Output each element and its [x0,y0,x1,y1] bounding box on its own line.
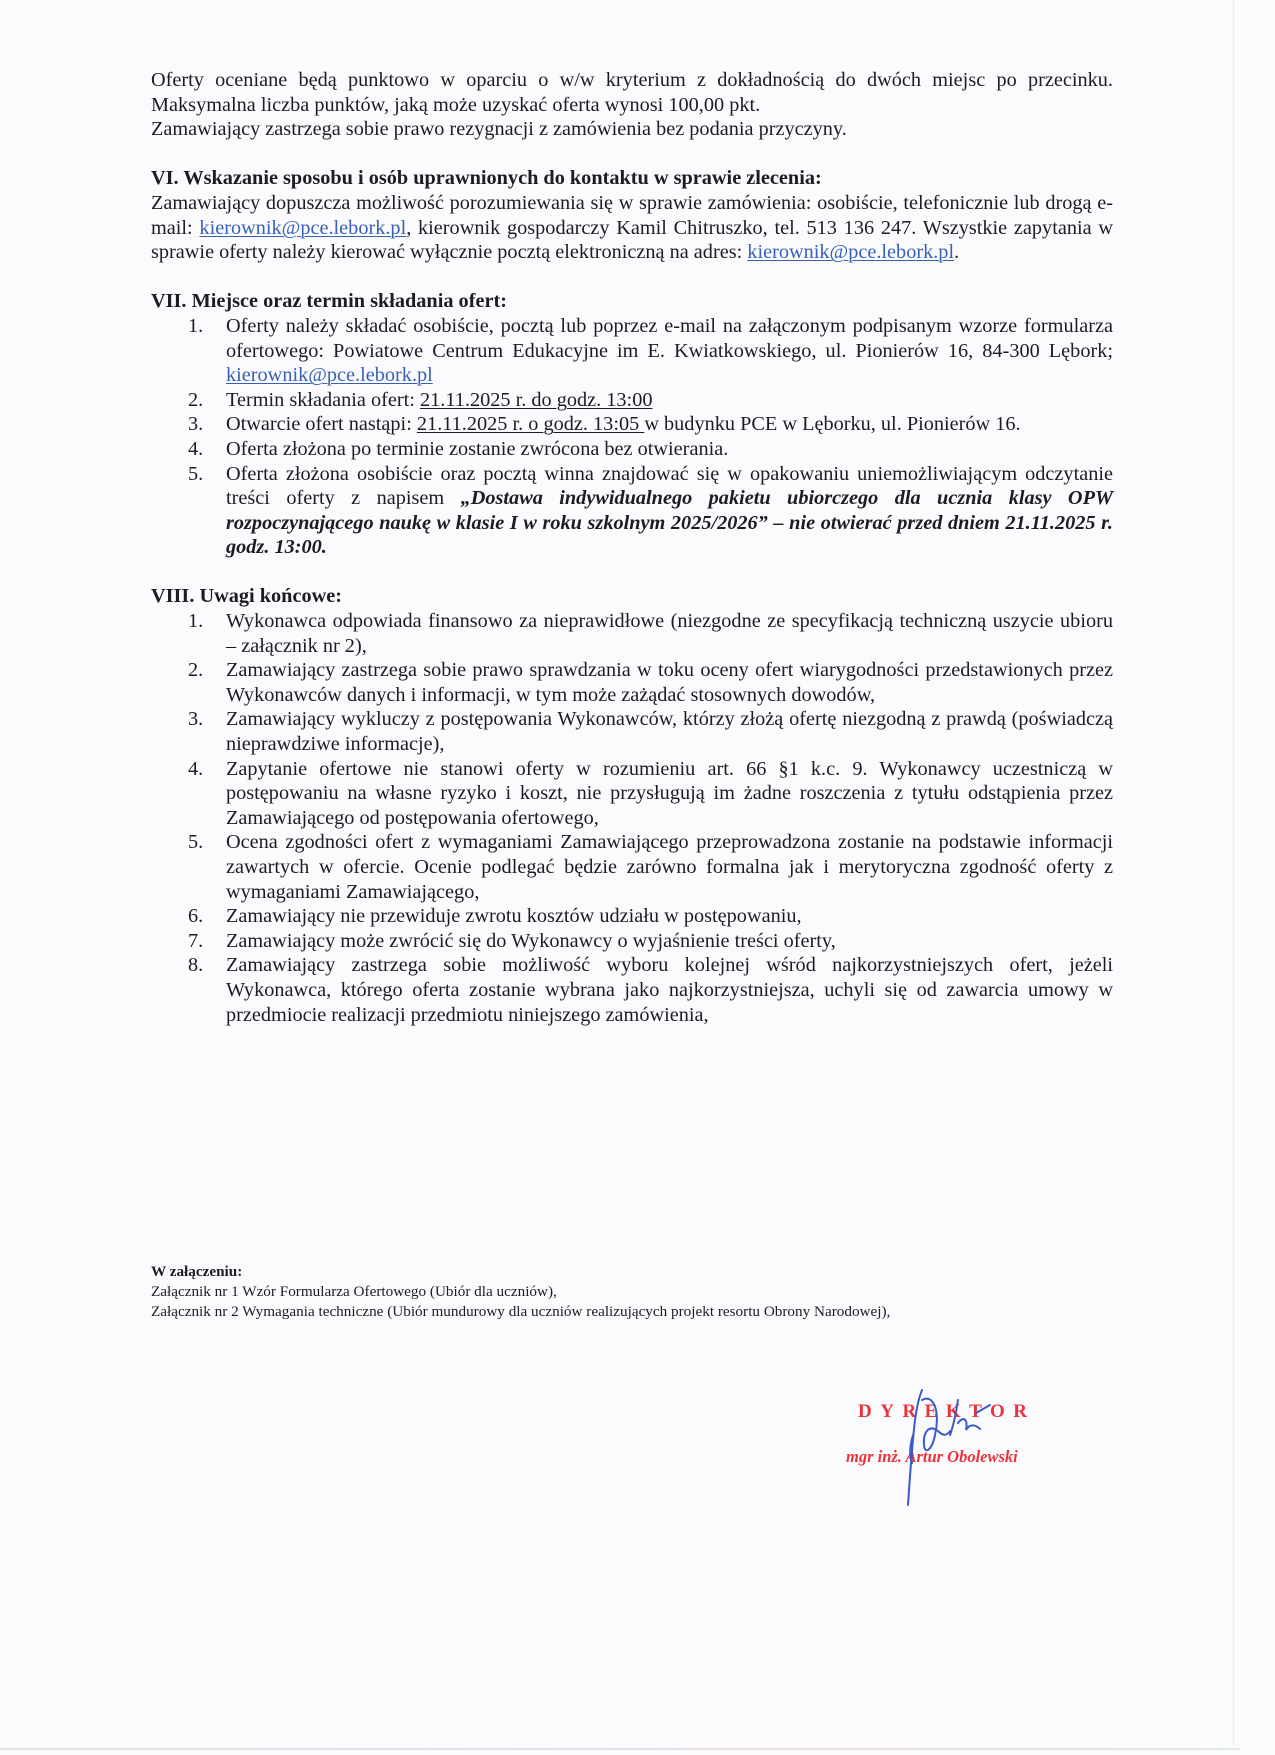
submission-email-link[interactable]: kierownik@pce.lebork.pl [226,364,433,386]
document-body: Oferty oceniane będą punktowo w oparciu … [151,68,1113,1027]
list-item: 8.Zamawiający zastrzega sobie możliwość … [151,953,1113,1027]
list-item: 7.Zamawiający może zwrócić się do Wykona… [151,929,1113,954]
submission-deadline: 21.11.2025 r. do godz. 13:00 [420,389,652,411]
contact-email-link[interactable]: kierownik@pce.lebork.pl [199,217,406,239]
list-item: 4.Zapytanie ofertowe nie stanowi oferty … [151,757,1113,831]
attachments-heading: W załączeniu: [151,1262,1151,1282]
attachments-section: W załączeniu: Załącznik nr 1 Wzór Formul… [151,1262,1151,1322]
section-7-heading: VII. Miejsce oraz termin składania ofert… [151,289,1113,314]
list-item: 2.Zamawiający zastrzega sobie prawo spra… [151,658,1113,707]
section-8-heading: VIII. Uwagi końcowe: [151,584,1113,609]
attachment-item: Załącznik nr 2 Wymagania techniczne (Ubi… [151,1302,1151,1322]
list-item: 3.Zamawiający wykluczy z postępowania Wy… [151,707,1113,756]
list-item: 1.Wykonawca odpowiada finansowo za niepr… [151,609,1113,658]
opening-date: 21.11.2025 r. o godz. 13:05 [417,413,644,435]
list-item: 2.Termin składania ofert: 21.11.2025 r. … [151,388,1113,413]
attachment-item: Załącznik nr 1 Wzór Formularza Ofertoweg… [151,1282,1151,1302]
list-item: 1.Oferty należy składać osobiście, poczt… [151,314,1113,388]
section-8-list: 1.Wykonawca odpowiada finansowo za niepr… [151,609,1113,1027]
contact-email-link-2[interactable]: kierownik@pce.lebork.pl [747,241,954,263]
signature-icon [880,1375,1000,1515]
intro-paragraph: Oferty oceniane będą punktowo w oparciu … [151,68,1113,117]
scan-edge-bottom [0,1748,1240,1750]
section-6-heading: VI. Wskazanie sposobu i osób uprawnionyc… [151,166,1113,191]
scan-edge-right [1233,0,1234,1745]
list-item: 4.Oferta złożona po terminie zostanie zw… [151,437,1113,462]
director-stamp: DYREKTOR mgr inż. Artur Obolewski [840,1395,1100,1515]
list-item: 5.Ocena zgodności ofert z wymaganiami Za… [151,830,1113,904]
list-item: 5.Oferta złożona osobiście oraz pocztą w… [151,462,1113,560]
list-item: 3.Otwarcie ofert nastąpi: 21.11.2025 r. … [151,412,1113,437]
section-7-list: 1.Oferty należy składać osobiście, poczt… [151,314,1113,560]
section-6-contact-paragraph: Zamawiający dopuszcza możliwość porozumi… [151,191,1113,265]
intro-disclaimer: Zamawiający zastrzega sobie prawo rezygn… [151,117,1113,142]
list-item: 6.Zamawiający nie przewiduje zwrotu kosz… [151,904,1113,929]
